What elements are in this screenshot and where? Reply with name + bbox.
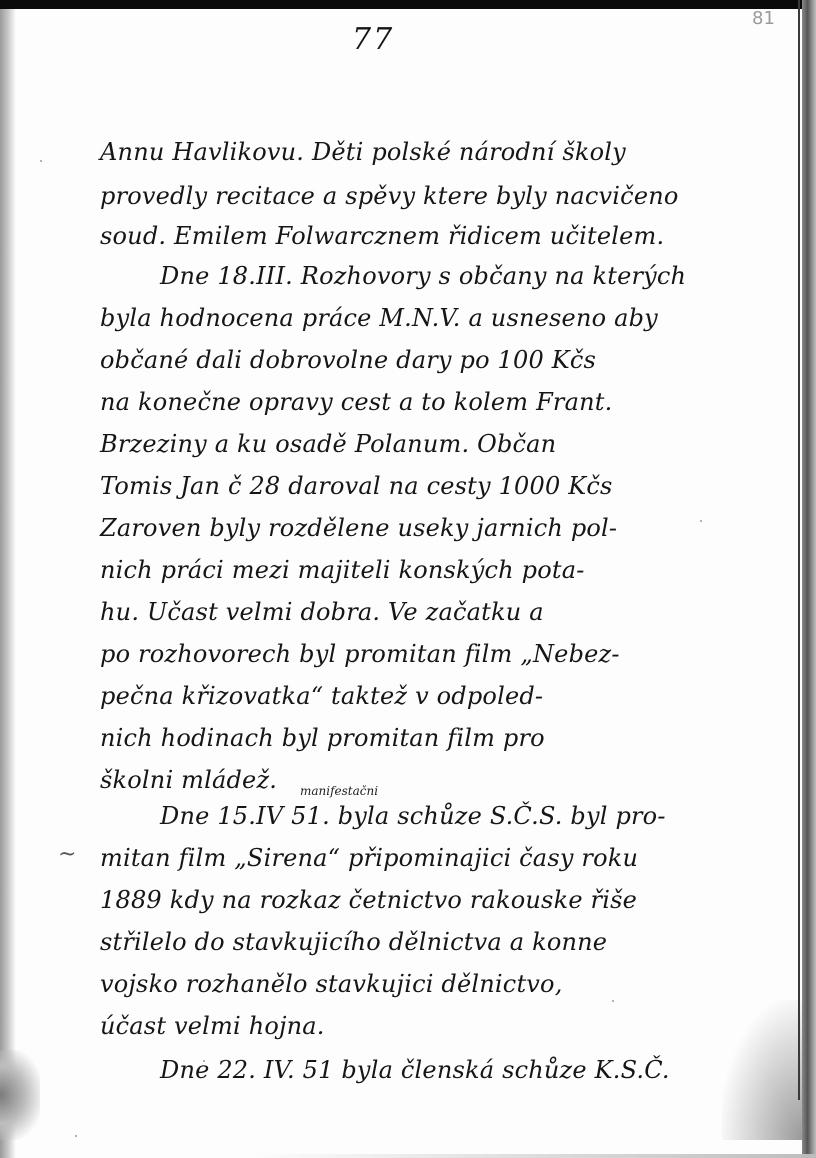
margin-mark: ~ [58,842,76,867]
archive-folio-number: 81 [752,8,775,29]
scan-right-shadow-bottom [722,1000,802,1140]
scanned-document-page: 77 81 ~ Annu Havlikovu. Děti polské náro… [0,0,816,1158]
text-line: na konečne opravy cest a to kolem Frant. [100,388,612,416]
scan-speck [660,280,662,282]
text-line: soud. Emilem Folwarcznem řidicem učitele… [100,222,664,250]
scan-top-edge [0,0,816,9]
text-line: občané dali dobrovolne dary po 100 Kčs [100,346,596,374]
scan-left-shadow [0,9,16,1158]
scan-speck [75,1135,77,1137]
text-line: nich hodinach byl promitan film pro [100,724,545,752]
text-line: Annu Havlikovu. Děti polské národní škol… [100,138,626,166]
scan-bottom-edge [250,1154,816,1158]
text-line: 1889 kdy na rozkaz četnictvo rakouske ři… [100,886,637,914]
text-line: hu. Učast velmi dobra. Ve začatku a [100,598,544,626]
text-line: provedly recitace a spěvy ktere byly nac… [100,182,679,210]
text-line: účast velmi hojna. [100,1012,325,1040]
scan-speck [203,1060,205,1062]
text-line: Tomis Jan č 28 daroval na cesty 1000 Kčs [100,472,613,500]
text-line: Brzeziny a ku osadě Polanum. Občan [100,430,556,458]
text-line: mitan film „Sirena“ připominajici časy r… [100,844,638,872]
scan-speck [40,160,42,162]
text-line: Dne 18.III. Rozhovory s občany na kterýc… [160,262,686,290]
text-line: střilelo do stavkujicího dělnictva a kon… [100,928,607,956]
scan-speck [612,1000,614,1002]
text-line: byla hodnocena práce M.N.V. a usneseno a… [100,304,658,332]
scan-speck [700,520,702,522]
text-line: nich práci mezi majiteli konských pota- [100,556,585,584]
text-line: po rozhovorech byl promitan film „Nebez- [100,640,620,668]
text-line: školni mládež. [100,766,277,794]
interlinear-insertion: manifestačni [300,784,378,798]
text-line: Dne 22. IV. 51 byla členská schůze K.S.Č… [160,1056,670,1084]
text-line: Zaroven byly rozdělene useky jarnich pol… [100,514,617,542]
text-line: vojsko rozhanělo stavkujici dělnictvo, [100,970,563,998]
book-binding-edge [802,0,816,1158]
text-line: pečna křizovatka“ taktež v odpoled- [100,682,543,710]
scan-left-shadow-bottom [0,1050,40,1140]
binding-line [798,0,800,1100]
page-number: 77 [352,22,394,57]
text-line: Dne 15.IV 51. byla schůze S.Č.S. byl pro… [160,802,666,830]
